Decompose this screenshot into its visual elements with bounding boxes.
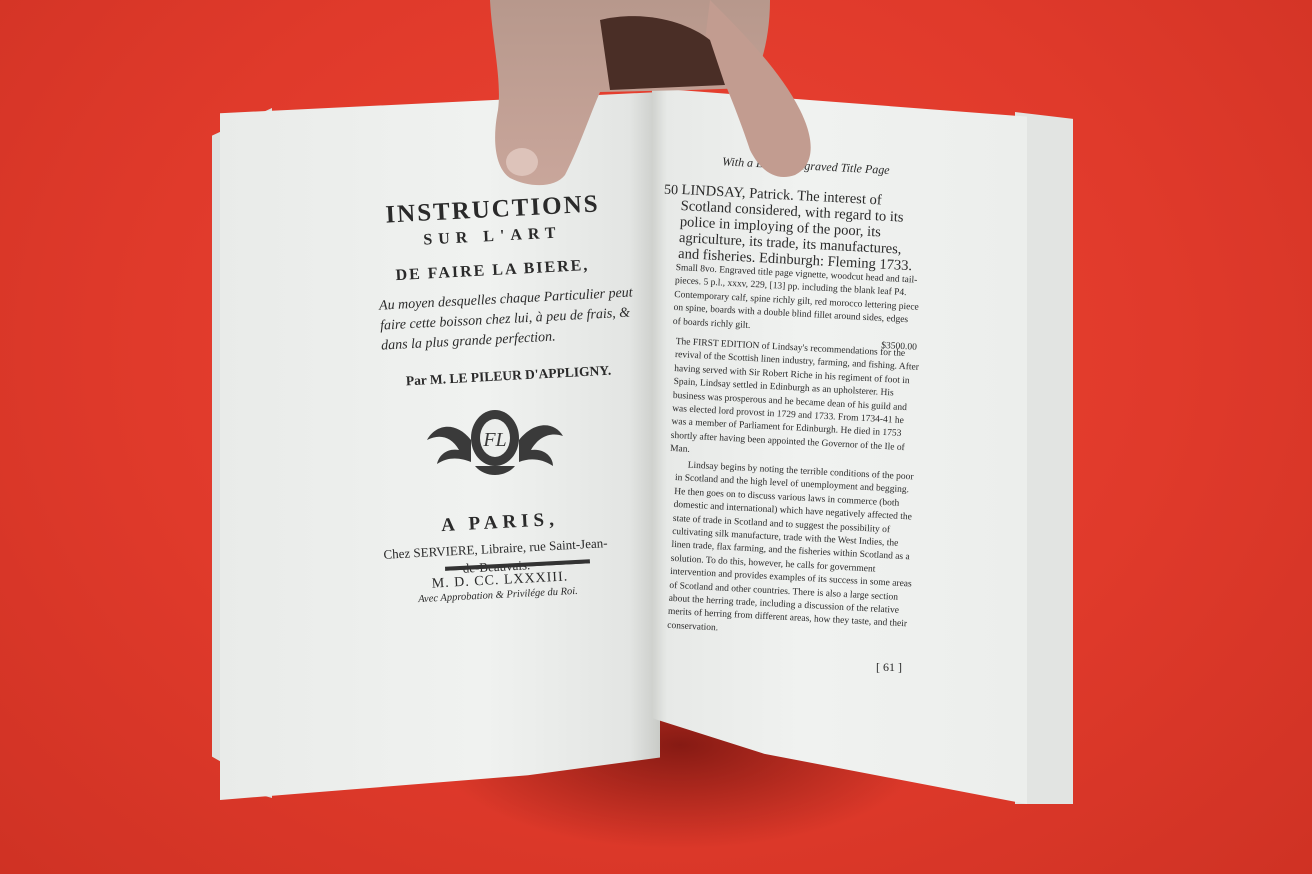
crest-ornament-icon: FL xyxy=(425,400,565,480)
hand-icon xyxy=(470,0,820,190)
svg-text:FL: FL xyxy=(482,429,506,451)
description-text: Small 8vo. Engraved title page vignette,… xyxy=(673,263,919,331)
paragraph-lindsay-begins: Lindsay begins by noting the terrible co… xyxy=(667,459,921,646)
page-number: [ 61 ] xyxy=(876,660,902,675)
entry-title: LINDSAY, Patrick. The interest of Scotla… xyxy=(678,182,927,275)
paragraph-first-edition: The FIRST EDITION of Lindsay's recommend… xyxy=(670,336,921,469)
